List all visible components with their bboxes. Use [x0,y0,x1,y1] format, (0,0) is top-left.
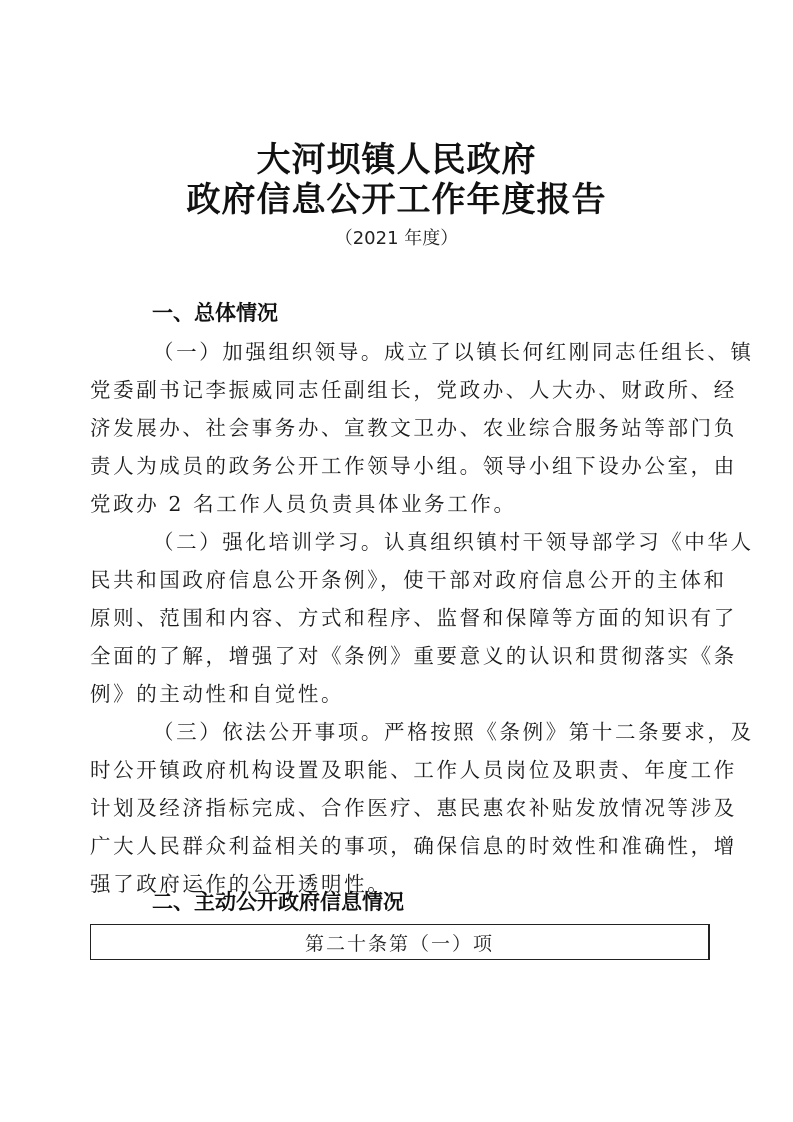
paragraph-line: 党委副书记李振威同志任副组长，党政办、人大办、财政所、经 [90,371,715,409]
paragraph-line: （一）加强组织领导。成立了以镇长何红刚同志任组长、镇 [90,333,715,371]
paragraph-line: 民共和国政府信息公开条例》，使干部对政府信息公开的主体和 [90,561,715,599]
paragraph-line: （三）依法公开事项。严格按照《条例》第十二条要求，及 [90,713,715,751]
paragraph-line: 计划及经济指标完成、合作医疗、惠民惠农补贴发放情况等涉及 [90,789,715,827]
paragraph-line: 济发展办、社会事务办、宣教文卫办、农业综合服务站等部门负 [90,409,715,447]
paragraph-line: 例》的主动性和自觉性。 [90,675,715,713]
table-header-label: 第二十条第（一）项 [305,929,494,956]
paragraph-organization-leadership: （一）加强组织领导。成立了以镇长何红刚同志任组长、镇 党委副书记李振威同志任副组… [90,333,715,523]
paragraph-line: 责人为成员的政务公开工作领导小组。领导小组下设办公室，由 [90,447,715,485]
paragraph-training-study: （二）强化培训学习。认真组织镇村干领导部学习《中华人 民共和国政府信息公开条例》… [90,523,715,713]
document-title-line1: 大河坝镇人民政府 [0,140,793,180]
section-heading-proactive-disclosure: 二、主动公开政府信息情况 [152,887,404,917]
document-subtitle-year: （2021 年度） [0,226,793,252]
document-page: 大河坝镇人民政府 政府信息公开工作年度报告 （2021 年度） 一、总体情况 （… [0,0,793,1122]
paragraph-line: 党政办 2 名工作人员负责具体业务工作。 [90,485,715,523]
paragraph-line: 原则、范围和内容、方式和程序、监督和保障等方面的知识有了 [90,599,715,637]
paragraph-lawful-disclosure: （三）依法公开事项。严格按照《条例》第十二条要求，及 时公开镇政府机构设置及职能… [90,713,715,903]
section-heading-overview: 一、总体情况 [152,298,278,328]
document-title-line2: 政府信息公开工作年度报告 [0,180,793,220]
table-header-cell: 第二十条第（一）项 [90,924,710,960]
paragraph-line: （二）强化培训学习。认真组织镇村干领导部学习《中华人 [90,523,715,561]
paragraph-line: 时公开镇政府机构设置及职能、工作人员岗位及职责、年度工作 [90,751,715,789]
paragraph-line: 广大人民群众利益相关的事项，确保信息的时效性和准确性，增 [90,827,715,865]
paragraph-line: 全面的了解，增强了对《条例》重要意义的认识和贯彻落实《条 [90,637,715,675]
